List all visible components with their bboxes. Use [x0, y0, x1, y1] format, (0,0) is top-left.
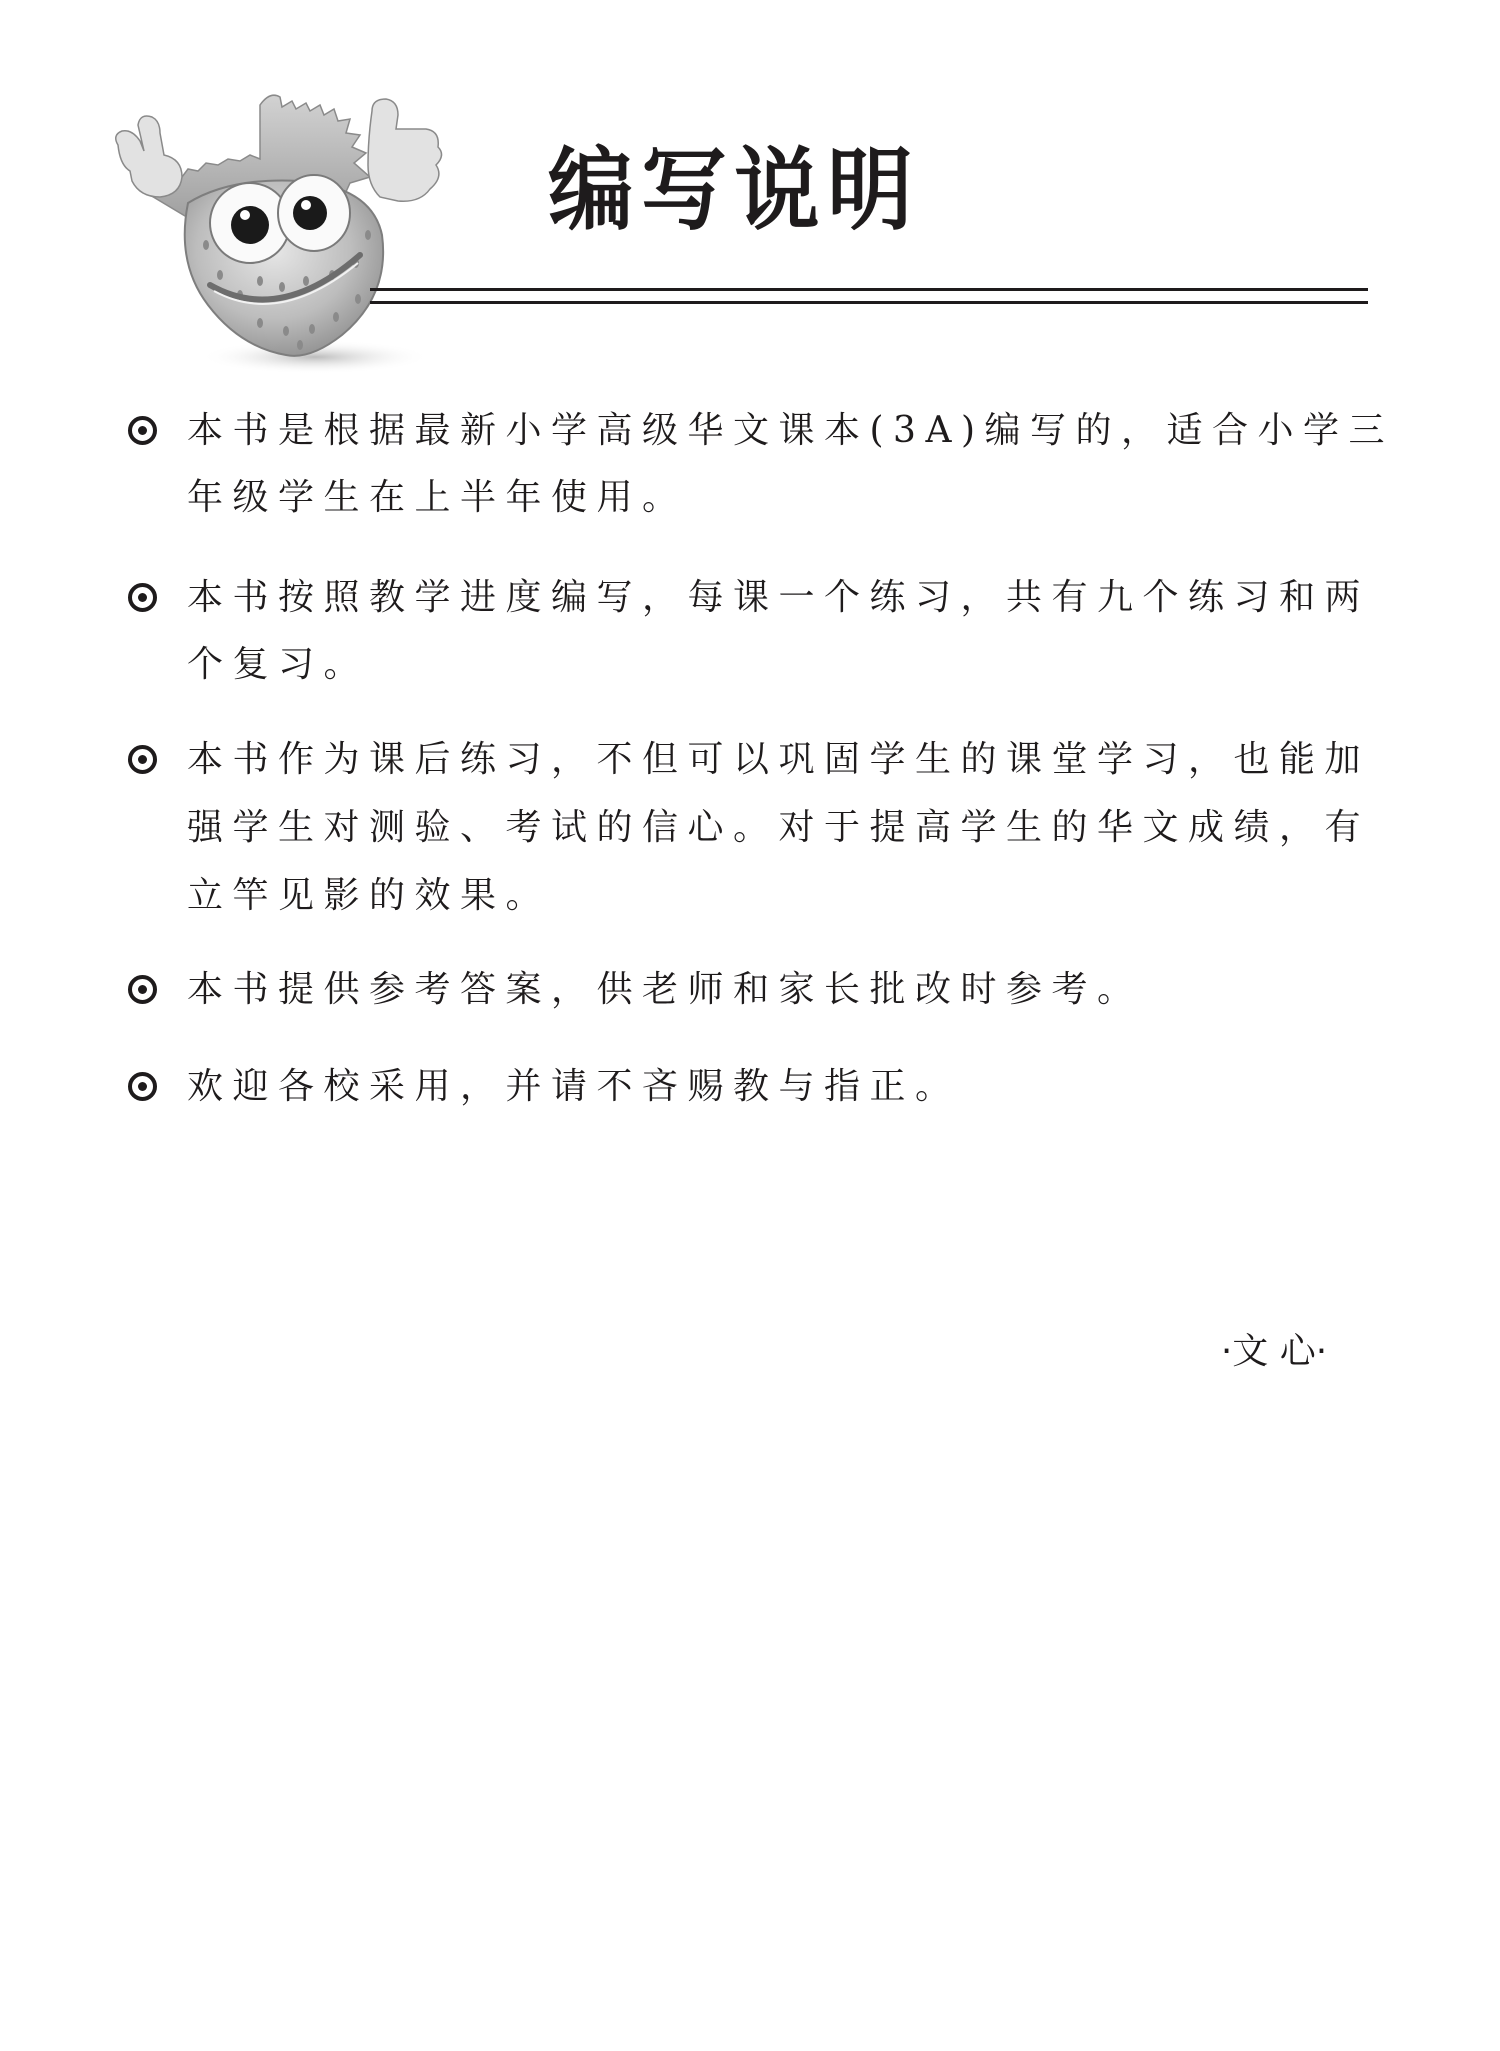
note-line: 年级学生在上半年使用。 [187, 464, 688, 531]
circled-dot-icon [128, 583, 157, 612]
note-line: 强学生对测验、考试的信心。对于提高学生的华文成绩，有 [187, 794, 1370, 861]
title-divider-top [370, 288, 1368, 291]
note-line: 本书作为课后练习，不但可以巩固学生的课堂学习，也能加 [187, 726, 1370, 793]
note-line: 立竿见影的效果。 [187, 862, 551, 929]
circled-dot-icon [128, 1072, 157, 1101]
note-line: 个复习。 [187, 631, 369, 698]
title-divider-bottom [370, 301, 1368, 304]
note-line: 本书按照教学进度编写，每课一个练习，共有九个练习和两 [187, 564, 1370, 631]
circled-dot-icon [128, 975, 157, 1004]
note-line: 欢迎各校采用，并请不吝赐教与指正。 [187, 1053, 961, 1120]
page-title: 编写说明 [548, 136, 920, 246]
note-line: 本书是根据最新小学高级华文课本(3A)编写的，适合小学三 [187, 397, 1394, 464]
note-line: 本书提供参考答案，供老师和家长批改时参考。 [187, 956, 1143, 1023]
circled-dot-icon [128, 745, 157, 774]
strawberry-mascot-icon [110, 85, 450, 375]
author-signature: ·文 心· [1188, 1328, 1360, 1376]
circled-dot-icon [128, 416, 157, 445]
